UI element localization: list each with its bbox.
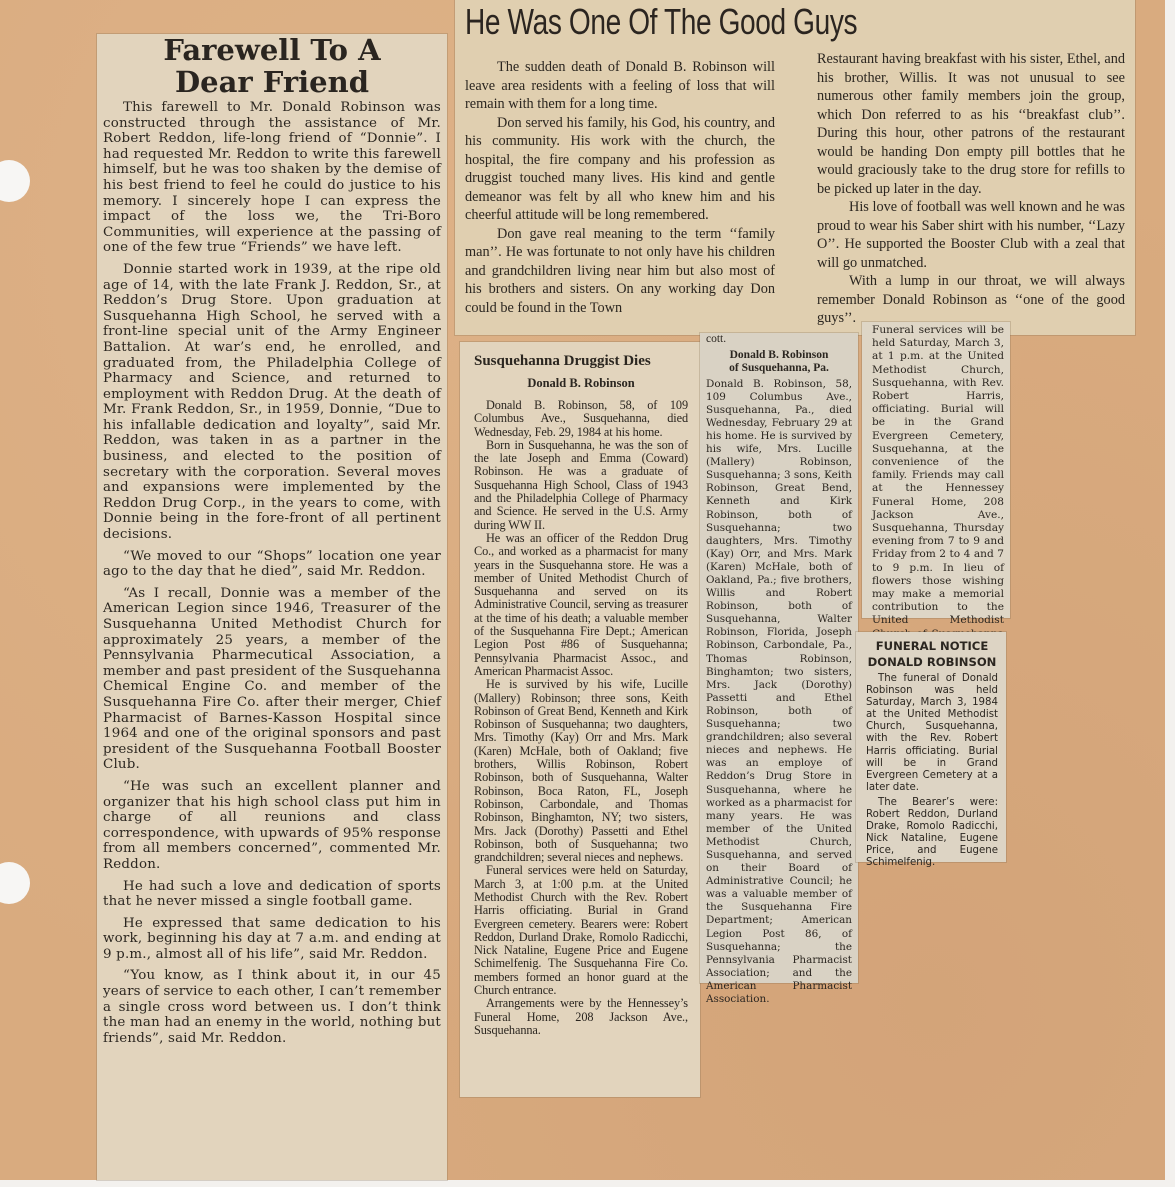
funeral-notice-heading-line1: FUNERAL NOTICE — [876, 639, 989, 653]
obituary-heading-line1: Donald B. Robinson — [730, 349, 829, 361]
paragraph: “You know, as I think about it, in our 4… — [103, 968, 441, 1046]
paragraph: “He was such an excellent planner and or… — [103, 779, 441, 873]
paragraph: He had such a love and dedication of spo… — [103, 879, 441, 910]
paragraph: The Bearer’s were: Robert Reddon, Durlan… — [866, 797, 998, 870]
paragraph: Donnie started work in 1939, at the ripe… — [103, 262, 441, 543]
paragraph: He was an officer of the Reddon Drug Co.… — [474, 532, 688, 678]
paragraph: Donald B. Robinson, 58, of 109 Columbus … — [474, 399, 688, 439]
paragraph: Funeral services were held on Saturday, … — [474, 864, 688, 997]
farewell-body: This farewell to Mr. Donald Robinson was… — [103, 100, 441, 1046]
druggist-dies-clipping: Susquehanna Druggist Dies Donald B. Robi… — [460, 342, 700, 1097]
farewell-title-line2: Dear Friend — [175, 65, 369, 99]
paragraph: He expressed that same dedication to his… — [103, 916, 441, 963]
good-guys-title: He Was One Of The Good Guys — [465, 0, 857, 44]
paragraph: With a lump in our throat, we will alway… — [817, 272, 1125, 328]
farewell-title: Farewell To A Dear Friend — [103, 34, 441, 98]
good-guys-clipping: He Was One Of The Good Guys The sudden d… — [455, 0, 1135, 335]
funeral-services-clipping: Funeral services will be held Saturday, … — [862, 322, 1010, 618]
obituary-clipping: cott. Donald B. Robinson of Susquehanna,… — [700, 333, 858, 983]
paragraph: His love of football was well known and … — [817, 198, 1125, 272]
obituary-text: Donald B. Robinson, 58, 109 Columbus Ave… — [706, 378, 852, 1007]
paragraph: The sudden death of Donald B. Robinson w… — [465, 58, 775, 114]
good-guys-column-2: Restaurant having breakfast with his sis… — [817, 50, 1125, 328]
funeral-services-text: Funeral services will be held Saturday, … — [872, 324, 1004, 667]
paragraph: He is survived by his wife, Lucille (Mal… — [474, 678, 688, 864]
binder-hole — [0, 160, 30, 202]
obituary-heading: Donald B. Robinson of Susquehanna, Pa. — [706, 349, 852, 376]
obituary-heading-line2: of Susquehanna, Pa. — [729, 362, 829, 374]
obituary-top-fragment: cott. — [706, 333, 852, 346]
paragraph: “We moved to our “Shops” location one ye… — [103, 549, 441, 580]
paragraph: This farewell to Mr. Donald Robinson was… — [103, 100, 441, 256]
paragraph: Born in Susquehanna, he was the son of t… — [474, 439, 688, 532]
scrapbook-page: Farewell To A Dear Friend This farewell … — [0, 0, 1165, 1180]
funeral-notice-heading: FUNERAL NOTICE DONALD ROBINSON — [866, 638, 998, 670]
druggist-headline: Susquehanna Druggist Dies — [474, 352, 688, 370]
paragraph: Don served his family, his God, his coun… — [465, 114, 775, 225]
paragraph: Don gave real meaning to the term ‘‘fami… — [465, 225, 775, 318]
paragraph: “As I recall, Donnie was a member of the… — [103, 586, 441, 773]
paragraph: Restaurant having breakfast with his sis… — [817, 50, 1125, 198]
funeral-notice-clipping: FUNERAL NOTICE DONALD ROBINSON The funer… — [856, 632, 1006, 862]
paragraph: The funeral of Donald Robinson was held … — [866, 673, 998, 794]
farewell-title-line1: Farewell To A — [163, 33, 380, 67]
farewell-clipping: Farewell To A Dear Friend This farewell … — [97, 34, 447, 1180]
good-guys-column-1: The sudden death of Donald B. Robinson w… — [465, 58, 775, 317]
paragraph: Arrangements were by the Hennessey’s Fun… — [474, 997, 688, 1037]
binder-hole — [0, 862, 30, 904]
druggist-subhead: Donald B. Robinson — [474, 376, 688, 391]
funeral-notice-heading-line2: DONALD ROBINSON — [868, 655, 997, 669]
